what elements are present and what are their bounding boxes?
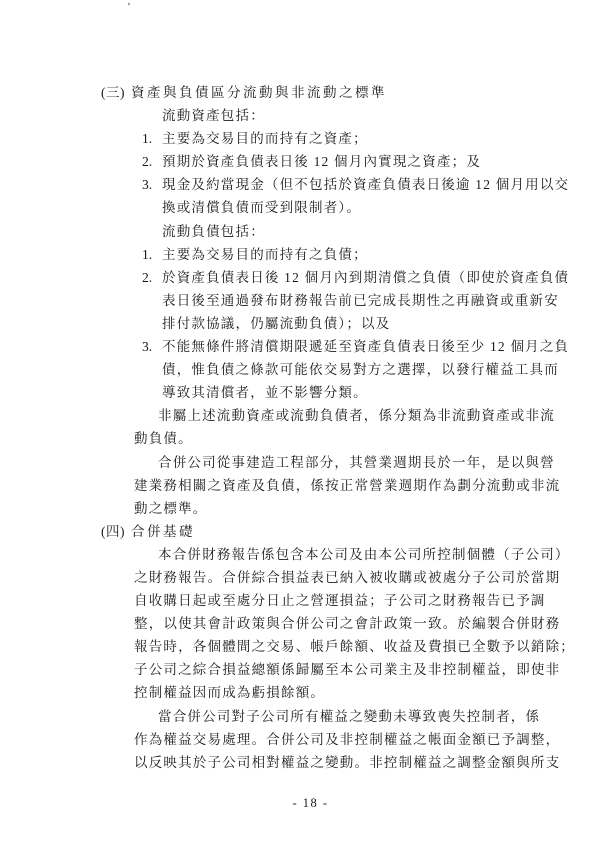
- line-text: 自收購日起或至處分日止之營運損益；子公司之財務報告已予調: [134, 593, 546, 608]
- line-text: 以反映其於子公司相對權益之變動。非控制權益之調整金額與所支: [134, 755, 560, 770]
- line-text: 表日後至通過發布財務報告前已完成長期性之再融資或重新安: [162, 293, 559, 308]
- list-item-line: 1. 主要為交易目的而持有之資產；: [0, 127, 595, 150]
- list-item-line: 3. 不能無條件將清償期限遞延至資產負債表日後至少 12 個月之負: [0, 335, 595, 358]
- list-item-line: 3. 現金及約當現金（但不包括於資產負債表日後逾 12 個月用以交: [0, 173, 595, 196]
- line-text: 非屬上述流動資產或流動負債者，係分類為非流動資產或非流: [158, 408, 555, 423]
- section-label: (三): [101, 81, 125, 104]
- line-text: 流動負債包括：: [162, 224, 265, 239]
- paragraph-line: 自收購日起或至處分日止之營運損益；子公司之財務報告已予調: [0, 589, 595, 612]
- line-text: 控制權益因而成為虧損餘額。: [134, 685, 325, 700]
- paragraph-line: 作為權益交易處理。合併公司及非控制權益之帳面金額已予調整，: [0, 728, 595, 751]
- paragraph-line: 建業務相關之資產及負債，係按正常營業週期作為劃分流動或非流: [0, 474, 595, 497]
- line-text: 導致其清償者，並不影響分類。: [162, 385, 368, 400]
- list-intro-line: 流動負債包括：: [0, 220, 595, 243]
- item-continuation-line: 債，惟負債之條款可能依交易對方之選擇，以發行權益工具而: [0, 358, 595, 381]
- line-text: 不能無條件將清償期限遞延至資產負債表日後至少 12 個月之負: [162, 339, 569, 354]
- paragraph-line: 子公司之綜合損益總額係歸屬至本公司業主及非控制權益，即使非: [0, 658, 595, 681]
- paragraph-line: 控制權益因而成為虧損餘額。: [0, 681, 595, 704]
- line-text: 排付款協議，仍屬流動負債）；以及: [162, 316, 390, 331]
- section-heading: (三) 資產與負債區分流動與非流動之標準: [0, 81, 595, 104]
- section-heading: (四) 合併基礎: [0, 520, 595, 543]
- item-number: 1.: [142, 127, 152, 150]
- paragraph-line: 非屬上述流動資產或流動負債者，係分類為非流動資產或非流: [0, 404, 595, 427]
- line-text: 之財務報告。合併綜合損益表已納入被收購或被處分子公司於當期: [134, 570, 560, 585]
- item-continuation-line: 導致其清償者，並不影響分類。: [0, 381, 595, 404]
- page-number: - 18 -: [0, 796, 595, 811]
- item-continuation-line: 換或清償負債而受到限制者）。: [0, 196, 595, 219]
- document-page: ' (三) 資產與負債區分流動與非流動之標準 流動資產包括： 1. 主要為交易目…: [0, 0, 595, 842]
- section-label: (四): [101, 520, 125, 543]
- line-text: 預期於資產負債表日後 12 個月內實現之資產；及: [162, 154, 481, 169]
- line-text: 動負債。: [134, 431, 193, 446]
- line-text: 主要為交易目的而持有之資產；: [162, 131, 368, 146]
- list-item-line: 2. 於資產負債表日後 12 個月內到期清償之負債（即使於資產負債: [0, 266, 595, 289]
- line-text: 流動資產包括：: [162, 108, 265, 123]
- list-item-line: 2. 預期於資產負債表日後 12 個月內實現之資產；及: [0, 150, 595, 173]
- item-number: 1.: [142, 243, 152, 266]
- line-text: 於資產負債表日後 12 個月內到期清償之負債（即使於資產負債: [162, 270, 569, 285]
- paragraph-line: 報告時，各個體間之交易、帳戶餘額、收益及費損已全數予以銷除；: [0, 635, 595, 658]
- paragraph-line: 動負債。: [0, 427, 595, 450]
- line-text: 本合併財務報告係包含本公司及由本公司所控制個體（子公司）: [158, 547, 570, 562]
- list-intro-line: 流動資產包括：: [0, 104, 595, 127]
- list-item-line: 1. 主要為交易目的而持有之負債；: [0, 243, 595, 266]
- paragraph-line: 本合併財務報告係包含本公司及由本公司所控制個體（子公司）: [0, 543, 595, 566]
- paragraph-line: 整，以使其會計政策與合併公司之會計政策一致。於編製合併財務: [0, 612, 595, 635]
- paragraph-line: 動之標準。: [0, 497, 595, 520]
- item-continuation-line: 排付款協議，仍屬流動負債）；以及: [0, 312, 595, 335]
- item-number: 2.: [142, 266, 152, 289]
- line-text: 合併公司從事建造工程部分，其營業週期長於一年，是以與營: [158, 455, 555, 470]
- paragraph-line: 以反映其於子公司相對權益之變動。非控制權益之調整金額與所支: [0, 751, 595, 774]
- paragraph-line: 之財務報告。合併綜合損益表已納入被收購或被處分子公司於當期: [0, 566, 595, 589]
- line-text: 作為權益交易處理。合併公司及非控制權益之帳面金額已予調整，: [134, 732, 560, 747]
- page-body: (三) 資產與負債區分流動與非流動之標準 流動資產包括： 1. 主要為交易目的而…: [0, 81, 595, 774]
- line-text: 當合併公司對子公司所有權益之變動未導致喪失控制者，係: [158, 709, 540, 724]
- item-continuation-line: 表日後至通過發布財務報告前已完成長期性之再融資或重新安: [0, 289, 595, 312]
- line-text: 現金及約當現金（但不包括於資產負債表日後逾 12 個月用以交: [162, 177, 569, 192]
- line-text: 主要為交易目的而持有之負債；: [162, 247, 368, 262]
- line-text: 動之標準。: [134, 501, 208, 516]
- line-text: 換或清償負債而受到限制者）。: [162, 200, 361, 215]
- section-title: 合併基礎: [131, 524, 195, 539]
- line-text: 報告時，各個體間之交易、帳戶餘額、收益及費損已全數予以銷除；: [134, 639, 575, 654]
- line-text: 建業務相關之資產及負債，係按正常營業週期作為劃分流動或非流: [134, 478, 560, 493]
- line-text: 子公司之綜合損益總額係歸屬至本公司業主及非控制權益，即使非: [134, 662, 560, 677]
- item-number: 3.: [142, 335, 152, 358]
- line-text: 債，惟負債之條款可能依交易對方之選擇，以發行權益工具而: [162, 362, 559, 377]
- item-number: 3.: [142, 173, 152, 196]
- section-title: 資產與負債區分流動與非流動之標準: [131, 85, 387, 100]
- item-number: 2.: [142, 150, 152, 173]
- paragraph-line: 合併公司從事建造工程部分，其營業週期長於一年，是以與營: [0, 451, 595, 474]
- line-text: 整，以使其會計政策與合併公司之會計政策一致。於編製合併財務: [134, 616, 560, 631]
- paragraph-line: 當合併公司對子公司所有權益之變動未導致喪失控制者，係: [0, 705, 595, 728]
- scan-artifact-mark: ': [128, 1, 130, 13]
